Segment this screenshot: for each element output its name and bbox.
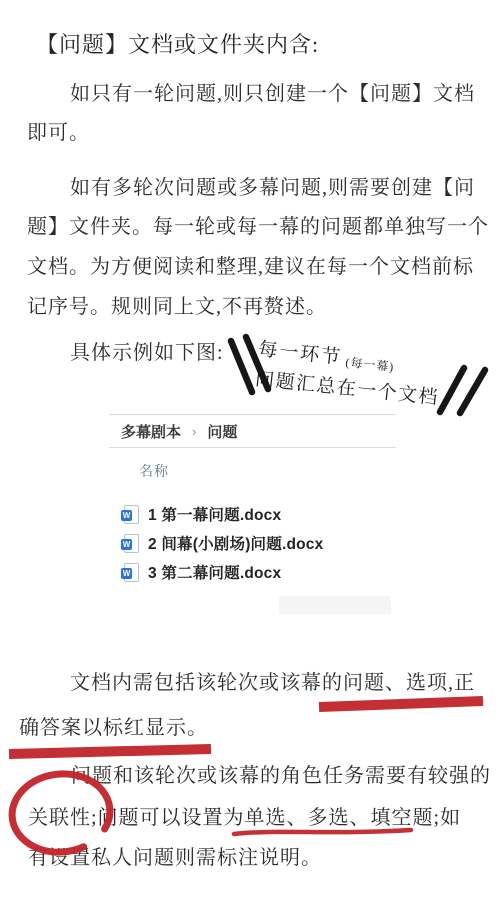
handwritten-note: 每一环节 (每一幕) 问题汇总在一个文档 bbox=[254, 334, 443, 410]
file-name: 3 第二幕问题.docx bbox=[148, 561, 281, 583]
para3-line1: 具体示例如下图: bbox=[70, 340, 224, 366]
chevron-separator-icon: › bbox=[192, 424, 196, 439]
word-badge-icon: W bbox=[121, 510, 132, 521]
file-name: 2 间幕(小剧场)问题.docx bbox=[148, 532, 323, 554]
file-name: 1 第一幕问题.docx bbox=[148, 503, 281, 525]
word-file-icon: W bbox=[124, 534, 139, 553]
para2-line2: 题】文件夹。每一轮或每一幕的问题都单独写一个 bbox=[27, 214, 489, 240]
document-page: 【问题】文档或文件夹内含: 如只有一轮问题,则只创建一个【问题】文档 即可。 如… bbox=[0, 0, 500, 901]
para2-line3: 文档。为方便阅读和整理,建议在每一个文档前标 bbox=[27, 254, 474, 280]
red-underline-answer bbox=[9, 749, 211, 754]
para4-line2: 确答案以标红显示。 bbox=[19, 715, 208, 741]
breadcrumb-current: 问题 bbox=[207, 421, 237, 442]
explorer-breadcrumb-divider bbox=[109, 447, 396, 448]
file-row: W 3 第二幕问题.docx bbox=[124, 561, 281, 583]
word-file-icon: W bbox=[124, 505, 139, 524]
emphasis-slashes-right-icon bbox=[440, 368, 485, 413]
para1-line2: 即可。 bbox=[27, 120, 90, 146]
column-header-name: 名称 bbox=[139, 461, 169, 481]
doc-title: 【问题】文档或文件夹内含: bbox=[36, 32, 319, 58]
word-file-icon: W bbox=[124, 563, 139, 582]
word-badge-icon: W bbox=[121, 568, 132, 579]
red-underline-options bbox=[319, 701, 483, 707]
screenshot-smudge bbox=[279, 596, 391, 614]
file-row: W 1 第一幕问题.docx bbox=[124, 503, 281, 525]
handwritten-note-line1-paren: (每一幕) bbox=[345, 353, 396, 375]
breadcrumb: 多幕剧本 › 问题 bbox=[121, 421, 237, 442]
para5-line2: 关联性;问题可以设置为单选、多选、填空题;如 bbox=[28, 805, 461, 831]
para2-line4: 记序号。规则同上文,不再赘述。 bbox=[27, 294, 327, 320]
explorer-top-divider bbox=[109, 414, 396, 415]
file-explorer-screenshot: 多幕剧本 › 问题 名称 W 1 第一幕问题.docx W 2 间幕(小剧场)问… bbox=[103, 406, 399, 618]
para1-line1: 如只有一轮问题,则只创建一个【问题】文档 bbox=[70, 81, 475, 107]
para2-line1: 如有多轮次问题或多幕问题,则需要创建【问 bbox=[70, 175, 475, 201]
word-badge-icon: W bbox=[121, 539, 132, 550]
para5-line3: 有设置私人问题则需标注说明。 bbox=[28, 845, 322, 871]
breadcrumb-root: 多幕剧本 bbox=[121, 421, 181, 442]
para4-line1: 文档内需包括该轮次或该幕的问题、选项,正 bbox=[70, 670, 475, 696]
para5-line1: 问题和该轮次或该幕的角色任务需要有较强的 bbox=[71, 763, 491, 789]
file-row: W 2 间幕(小剧场)问题.docx bbox=[124, 532, 323, 554]
